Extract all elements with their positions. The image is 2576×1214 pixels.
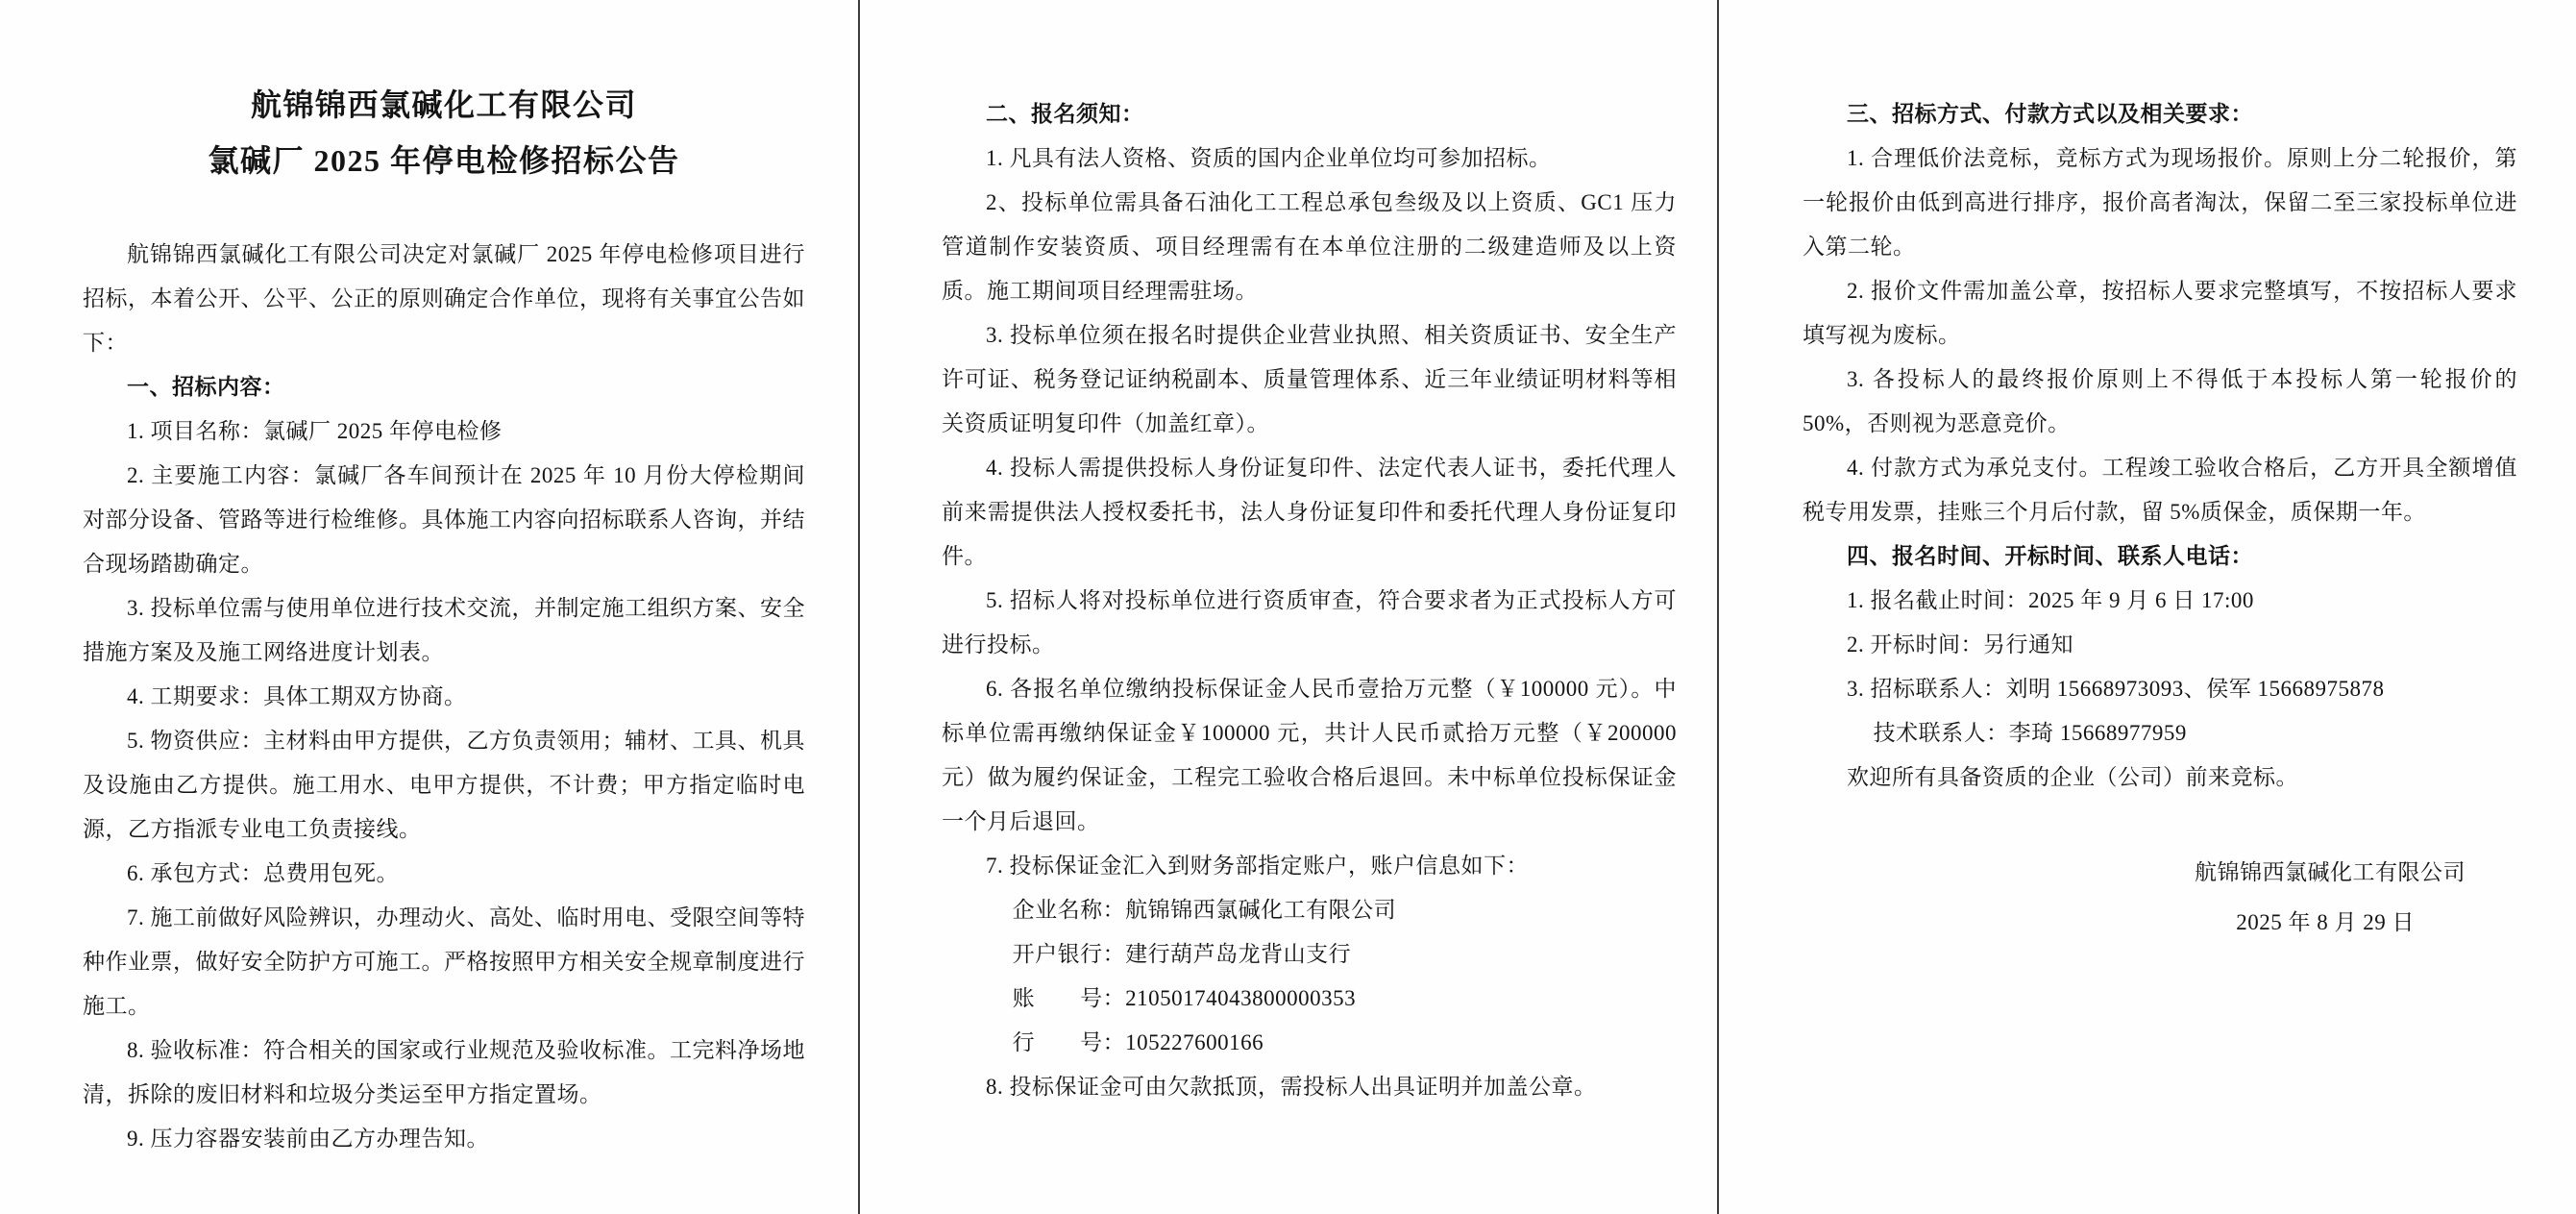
list-item: 3. 招标联系人：刘明 15668973093、侯军 15668975878 <box>1803 667 2517 711</box>
section-heading-3: 三、招标方式、付款方式以及相关要求： <box>1803 92 2517 136</box>
document-title-line-2: 氯碱厂 2025 年停电检修招标公告 <box>83 133 805 188</box>
tech-contact-line: 技术联系人：李琦 15668977959 <box>1803 711 2517 756</box>
list-item: 5. 物资供应：主材料由甲方提供，乙方负责领用；辅材、工具、机具及设施由乙方提供… <box>83 719 805 852</box>
page-1: 航锦锦西氯碱化工有限公司 氯碱厂 2025 年停电检修招标公告 航锦锦西氯碱化工… <box>0 0 858 1214</box>
list-item: 2. 主要施工内容：氯碱厂各车间预计在 2025 年 10 月份大停检期间对部分… <box>83 454 805 586</box>
list-item: 7. 投标保证金汇入到财务部指定账户，账户信息如下： <box>942 844 1677 888</box>
list-item: 1. 凡具有法人资格、资质的国内企业单位均可参加招标。 <box>942 136 1677 181</box>
list-item: 8. 投标保证金可由欠款抵顶，需投标人出具证明并加盖公章。 <box>942 1065 1677 1109</box>
intro-paragraph: 航锦锦西氯碱化工有限公司决定对氯碱厂 2025 年停电检修项目进行招标，本着公开… <box>83 233 805 365</box>
list-item: 8. 验收标准：符合相关的国家或行业规范及验收标准。工完料净场地清，拆除的废旧材… <box>83 1028 805 1117</box>
section-heading-4: 四、报名时间、开标时间、联系人电话： <box>1803 534 2517 579</box>
list-item: 4. 投标人需提供投标人身份证复印件、法定代表人证书，委托代理人前来需提供法人授… <box>942 446 1677 579</box>
section-heading-2: 二、报名须知： <box>942 92 1677 136</box>
list-item: 4. 付款方式为承兑支付。工程竣工验收合格后，乙方开具全额增值税专用发票，挂账三… <box>1803 446 2517 534</box>
welcome-line: 欢迎所有具备资质的企业（公司）前来竞标。 <box>1803 756 2517 800</box>
page-2: 二、报名须知： 1. 凡具有法人资格、资质的国内企业单位均可参加招标。 2、投标… <box>858 0 1717 1214</box>
list-item: 3. 各投标人的最终报价原则上不得低于本投标人第一轮报价的 50%，否则视为恶意… <box>1803 358 2517 446</box>
list-item: 1. 报名截止时间：2025 年 9 月 6 日 17:00 <box>1803 579 2517 623</box>
list-item: 5. 招标人将对投标单位进行资质审查，符合要求者为正式投标人方可进行投标。 <box>942 579 1677 667</box>
tender-announcement-document: 航锦锦西氯碱化工有限公司 氯碱厂 2025 年停电检修招标公告 航锦锦西氯碱化工… <box>0 0 2576 1214</box>
list-item: 2. 开标时间：另行通知 <box>1803 623 2517 667</box>
section-heading-1: 一、招标内容： <box>83 365 805 409</box>
list-item: 2. 报价文件需加盖公章，按招标人要求完整填写，不按招标人要求填写视为废标。 <box>1803 269 2517 358</box>
signature-company: 航锦锦西氯碱化工有限公司 <box>1803 848 2517 898</box>
list-item: 9. 压力容器安装前由乙方办理告知。 <box>83 1117 805 1161</box>
bank-branch-number: 行 号：105227600166 <box>942 1021 1677 1065</box>
account-number: 账 号：21050174043800000353 <box>942 977 1677 1021</box>
document-title-line-1: 航锦锦西氯碱化工有限公司 <box>83 77 805 133</box>
list-item: 2、投标单位需具备石油化工工程总承包叁级及以上资质、GC1 压力管道制作安装资质… <box>942 181 1677 313</box>
list-item: 1. 项目名称：氯碱厂 2025 年停电检修 <box>83 409 805 454</box>
list-item: 7. 施工前做好风险辨识，办理动火、高处、临时用电、受限空间等特种作业票，做好安… <box>83 896 805 1028</box>
page-3: 三、招标方式、付款方式以及相关要求： 1. 合理低价法竞标，竞标方式为现场报价。… <box>1717 0 2576 1214</box>
list-item: 3. 投标单位需与使用单位进行技术交流，并制定施工组织方案、安全措施方案及及施工… <box>83 586 805 675</box>
list-item: 4. 工期要求：具体工期双方协商。 <box>83 675 805 719</box>
list-item: 3. 投标单位须在报名时提供企业营业执照、相关资质证书、安全生产许可证、税务登记… <box>942 313 1677 446</box>
list-item: 6. 各报名单位缴纳投标保证金人民币壹拾万元整（￥100000 元）。中标单位需… <box>942 667 1677 844</box>
list-item: 6. 承包方式：总费用包死。 <box>83 852 805 896</box>
list-item: 1. 合理低价法竞标，竞标方式为现场报价。原则上分二轮报价，第一轮报价由低到高进… <box>1803 136 2517 269</box>
signature-date: 2025 年 8 月 29 日 <box>1803 898 2517 948</box>
account-bank-name: 开户银行：建行葫芦岛龙背山支行 <box>942 932 1677 977</box>
account-company-name: 企业名称：航锦锦西氯碱化工有限公司 <box>942 888 1677 932</box>
